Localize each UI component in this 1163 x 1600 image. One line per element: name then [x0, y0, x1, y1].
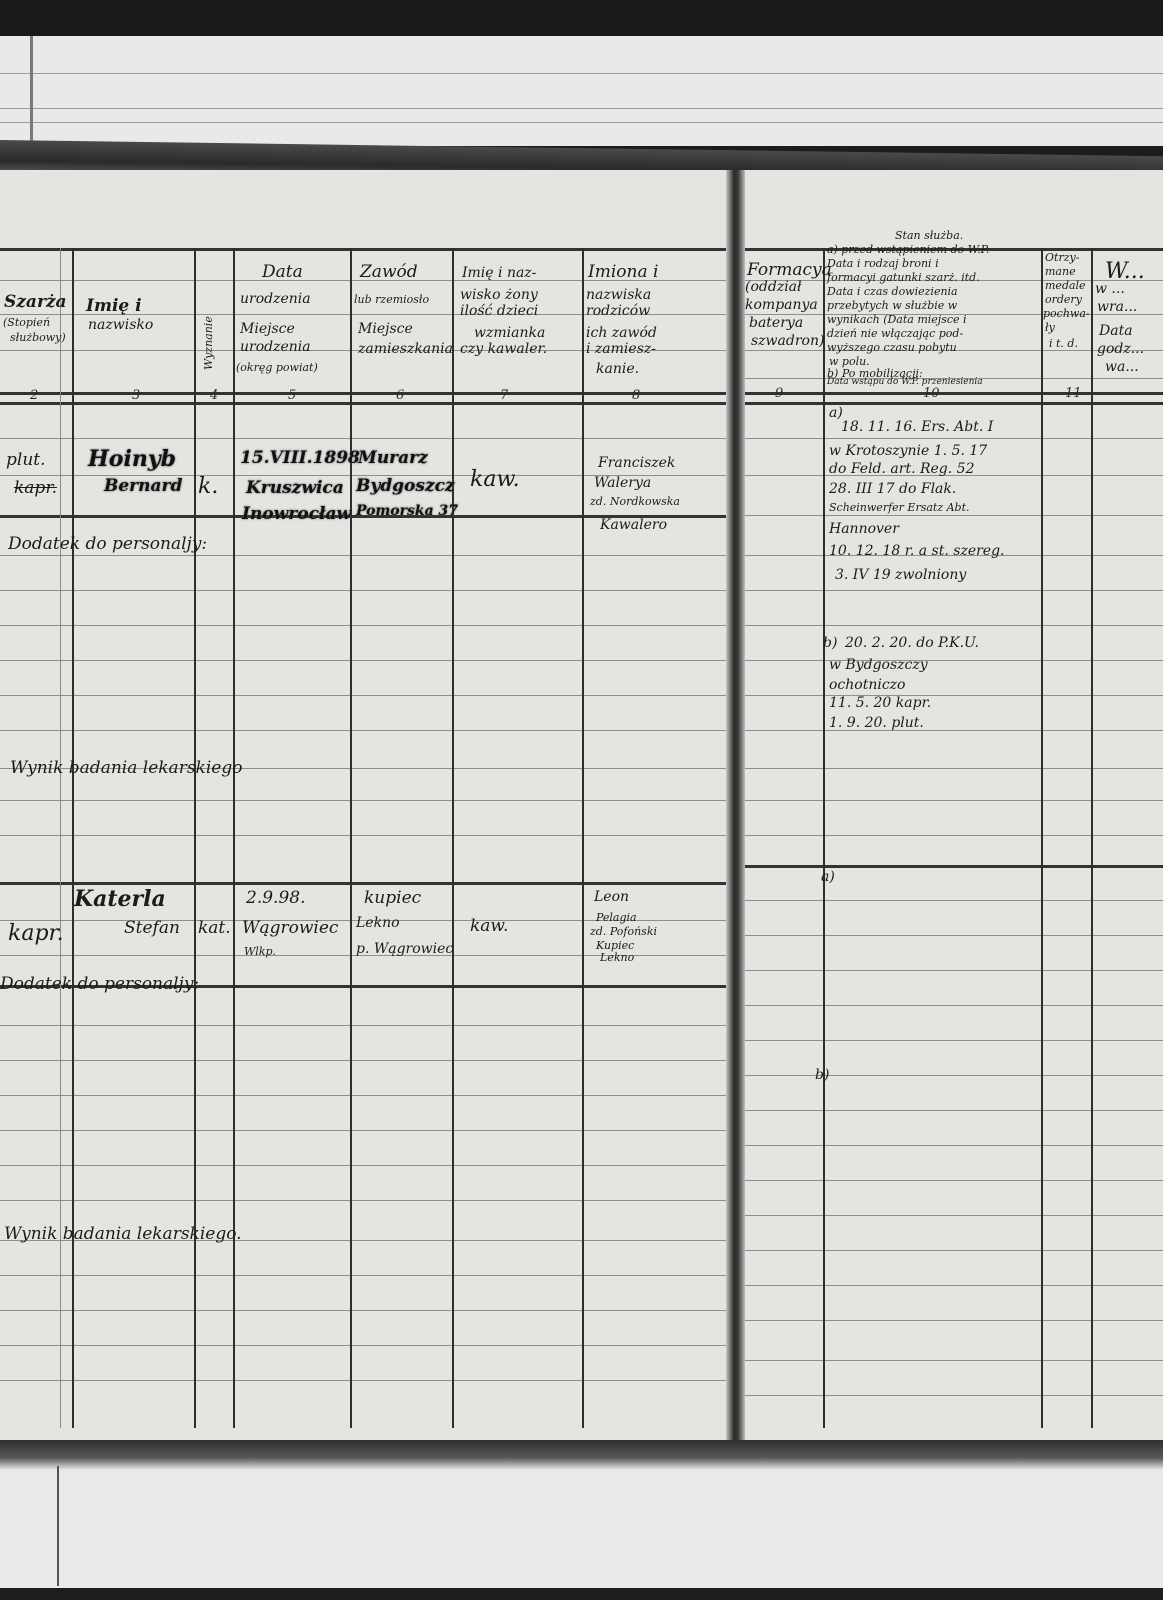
- scan-bottom-border: [0, 1440, 1163, 1600]
- addendum-label: Dodatek do personaljy:: [0, 976, 199, 994]
- header-col12: W...: [1105, 260, 1145, 283]
- header-name: Imię i: [86, 298, 142, 316]
- rank-2: kapr.: [14, 480, 57, 498]
- parent-mother: Pelagia: [596, 912, 637, 924]
- parent-father: Franciszek: [598, 456, 675, 471]
- header-parents: Imiona i: [588, 264, 658, 282]
- section-a-marker: a): [821, 870, 835, 885]
- header-rank: Szarża: [4, 294, 67, 312]
- rank-1: plut.: [6, 452, 46, 470]
- parent-occupation: Kupiec: [596, 940, 634, 952]
- book-gutter: [726, 170, 746, 1440]
- parent-note: Kawalero: [600, 518, 667, 533]
- occupation: kupiec: [364, 890, 421, 908]
- religion: k.: [198, 475, 218, 498]
- previous-page-strip: [0, 36, 1163, 146]
- header-occupation: Zawód: [360, 264, 418, 282]
- marital-status: kaw.: [470, 918, 508, 936]
- header-birth-date: Data: [262, 264, 303, 282]
- header-formation: Formacya: [747, 262, 832, 280]
- surname: Hoinyb: [88, 448, 176, 471]
- surname: Katerla: [74, 888, 166, 911]
- parent-maiden: zd. Pofoński: [590, 926, 657, 938]
- parent-residence: Lekno: [600, 952, 634, 964]
- given-name: Stefan: [124, 920, 180, 938]
- section-b-marker: b): [823, 636, 837, 651]
- right-ledger-page: Formacya (oddział kompanya baterya szwad…: [745, 170, 1163, 1440]
- residence-1: Bydgoszcz: [356, 478, 455, 496]
- birth-place-1: Wągrowiec: [242, 920, 338, 938]
- section-b-marker: b): [815, 1068, 829, 1083]
- header-service: Stan służba.: [895, 230, 963, 242]
- birth-place-2: Inowrocław: [242, 506, 351, 524]
- parent-mother: Walerya: [594, 476, 651, 491]
- marital-status: kaw.: [470, 468, 520, 491]
- rank-1: kapr.: [8, 922, 64, 945]
- residence-2: Pomorska 37: [356, 504, 458, 519]
- birth-place-1: Kruszwica: [246, 480, 344, 498]
- medical-result-label: Wynik badania lekarskiego.: [4, 1226, 242, 1244]
- left-ledger-page: Szarża (Stopień służbowy) Imię i nazwisk…: [0, 170, 730, 1440]
- residence-1: Lekno: [356, 916, 400, 931]
- addendum-label: Dodatek do personaljy:: [8, 536, 207, 554]
- medical-result-label: Wynik badania lekarskiego: [10, 760, 242, 778]
- header-spouse: Imię i naz-: [462, 266, 536, 281]
- religion: kat.: [198, 920, 231, 938]
- scan-top-border: [0, 0, 1163, 36]
- residence-2: p. Wągrowiec: [356, 942, 453, 957]
- header-medals: Otrzy-: [1045, 252, 1079, 264]
- header-religion: Wyznanie: [203, 316, 215, 370]
- birth-date: 15.VIII.1898: [240, 450, 360, 468]
- occupation: Murarz: [358, 450, 428, 468]
- birth-place-2: Wlkp.: [244, 946, 276, 958]
- birth-date: 2.9.98.: [246, 890, 305, 908]
- given-name: Bernard: [104, 478, 182, 496]
- parent-father: Leon: [594, 890, 629, 905]
- parent-maiden: zd. Nordkowska: [590, 496, 680, 508]
